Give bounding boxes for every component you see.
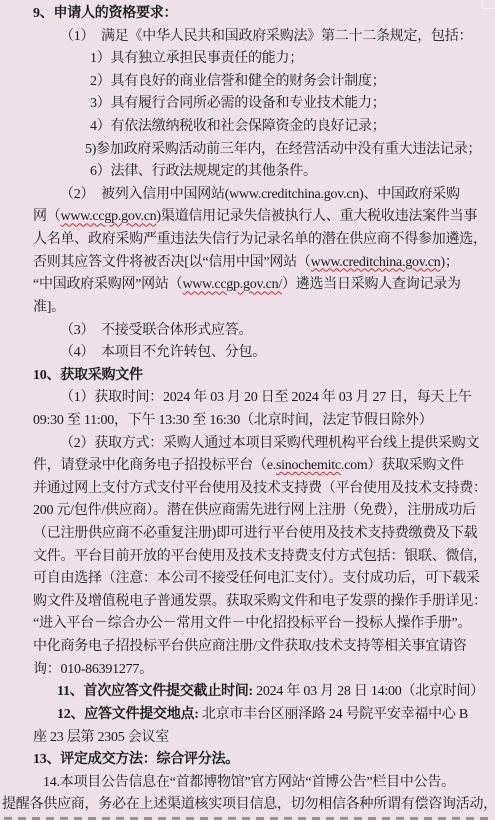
- text-segment: 09:30 至 11:00，下午 13:30 至 16:30（北京时间，法定节假…: [33, 413, 433, 428]
- text-segment: 13、评定成交方法：综合评分法。: [33, 752, 239, 767]
- text-segment: 10、获取采购文件: [33, 368, 143, 383]
- text-line: 3）具有履行合同所必需的设备和专业技术能力；: [0, 93, 495, 116]
- text-segment: 5)参加政府采购活动前三年内，在经营活动中没有重大违法记录；: [85, 142, 481, 157]
- text-segment: （2）获取方式：采购人通过本项目采购代理机构平台线上提供采购文: [60, 436, 479, 451]
- text-line: 人名单、政府采购严重违法失信行为记录名单的潜在供应商不得参加遴选，: [0, 229, 495, 252]
- text-line: 12、应答文件提交地点: 北京市丰台区丽泽路 24 号院平安幸福中心 B: [0, 704, 495, 727]
- text-line: 中化商务电子招投标平台供应商注册/文件获取/技术支持等相关事宜请咨: [0, 636, 495, 659]
- document-body: 9、申请人的资格要求：（1） 满足《中华人民共和国政府采购法》第二十二条规定，包…: [0, 3, 495, 817]
- text-line: “进入平台－综合办公－常用文件－中化招投标平台－投标人操作手册”。: [0, 613, 495, 636]
- text-segment: 200 元/包件/供应商）。潜在供应商需先进行网上注册（免费），注册成功后: [33, 503, 476, 518]
- text-line: 否则其应答文件将被否决[以“信用中国”网站（www.creditchina.go…: [0, 252, 495, 275]
- text-line: （2）获取方式：采购人通过本项目采购代理机构平台线上提供采购文: [0, 433, 495, 456]
- text-segment: “进入平台－综合办公－常用文件－中化招投标平台－投标人操作手册”。: [33, 616, 471, 631]
- text-line: 询：010-86391277。: [0, 659, 495, 682]
- text-segment: 14.本项目公告信息在“首都博物馆”官方网站“首博公告”栏目中公告。: [43, 775, 455, 790]
- text-segment: 准]。: [33, 300, 65, 315]
- text-line: 09:30 至 11:00，下午 13:30 至 16:30（北京时间，法定节假…: [0, 410, 495, 433]
- text-segment: 11、首次应答文件提交截止时间:: [57, 684, 256, 699]
- text-segment: 12、应答文件提交地点:: [57, 707, 202, 722]
- text-line: 件，请登录中化商务电子招投标平台（e.sinochemitc.com）获取采购文…: [0, 455, 495, 478]
- text-line: （3） 不接受联合体形式应答。: [0, 320, 495, 343]
- text-segment: 人名单、政府采购严重违法失信行为记录名单的潜在供应商不得参加遴选，: [33, 232, 487, 247]
- text-segment: 北京市丰台区丽泽路 24 号院平安幸福中心 B: [202, 707, 468, 722]
- text-line: （2） 被列入信用中国网站(www.creditchina.gov.cn)、中国…: [0, 184, 495, 207]
- text-line: （1）获取时间：2024 年 03 月 20 日至 2024 年 03 月 27…: [0, 387, 495, 410]
- text-line: 提醒各供应商，务必在上述渠道核实项目信息，切勿相信各种所谓有偿咨询活动，: [0, 794, 495, 817]
- text-line: 座 23 层第 2305 会议室: [0, 727, 495, 750]
- text-line: 购文件及增值税电子普通发票。获取采购文件和电子发票的操作手册详见：: [0, 591, 495, 614]
- text-line: 11、首次应答文件提交截止时间: 2024 年 03 月 28 日 14:00（…: [0, 681, 495, 704]
- text-line: （4） 本项目不允许转包、分包。: [0, 342, 495, 365]
- text-segment: )；: [441, 255, 459, 270]
- text-segment: 座 23 层第 2305 会议室: [33, 730, 169, 745]
- text-segment: 中化商务电子招投标平台供应商注册/文件获取/技术支持等相关事宜请咨: [33, 639, 467, 654]
- text-segment: （4） 本项目不允许转包、分包。: [60, 345, 266, 360]
- text-line: 13、评定成交方法：综合评分法。: [0, 749, 495, 772]
- url-text: www.ccgp.gov.cn/: [182, 277, 282, 292]
- document-page: 9、申请人的资格要求：（1） 满足《中华人民共和国政府采购法》第二十二条规定，包…: [0, 0, 495, 820]
- text-line: 5)参加政府采购活动前三年内，在经营活动中没有重大违法记录；: [0, 139, 495, 162]
- text-line: 6）法律、行政法规规定的其他条件。: [0, 161, 495, 184]
- text-line: 4）有依法缴纳税收和社会保障资金的良好记录；: [0, 116, 495, 139]
- text-segment: 9、申请人的资格要求：: [33, 6, 177, 21]
- text-segment: 可自由选择（注意：本公司不接受任何电汇支付）。支付成功后，可下载采: [33, 571, 480, 586]
- text-line: 准]。: [0, 297, 495, 320]
- text-segment: )渠道信用记录失信被执行人、重大税收违法案件当事: [156, 209, 477, 224]
- text-segment: （1）获取时间：2024 年 03 月 20 日至 2024 年 03 月 27…: [60, 390, 472, 405]
- text-segment: 购文件及增值税电子普通发票。获取采购文件和电子发票的操作手册详见：: [33, 594, 487, 609]
- text-line: 文件。平台目前开放的平台使用及技术支持费支付方式包括：银联、微信，: [0, 546, 495, 569]
- text-segment: 6）法律、行政法规规定的其他条件。: [90, 164, 317, 179]
- text-segment: 文件。平台目前开放的平台使用及技术支持费支付方式包括：银联、微信，: [33, 549, 487, 564]
- text-line: 并通过网上支付方式支付平台使用及技术支持费（平台使用及技术支持费：: [0, 478, 495, 501]
- text-line: 9、申请人的资格要求：: [0, 3, 495, 26]
- text-segment: 2024 年 03 月 28 日 14:00（北京时间）: [256, 684, 484, 699]
- text-segment: .com）获取采购文件: [341, 458, 464, 473]
- text-segment: （1） 满足《中华人民共和国政府采购法》第二十二条规定，包括：: [60, 29, 472, 44]
- url-text: sinochemitc: [276, 458, 341, 473]
- text-segment: 提醒各供应商，务必在上述渠道核实项目信息，切勿相信各种所谓有偿咨询活动，: [2, 797, 495, 812]
- text-line: 14.本项目公告信息在“首都博物馆”官方网站“首博公告”栏目中公告。: [0, 772, 495, 795]
- text-line: 2）具有良好的商业信誉和健全的财务会计制度；: [0, 71, 495, 94]
- text-segment: 1）具有独立承担民事责任的能力；: [90, 51, 303, 66]
- text-line: （1） 满足《中华人民共和国政府采购法》第二十二条规定，包括：: [0, 26, 495, 49]
- text-segment: 4）有依法缴纳税收和社会保障资金的良好记录；: [90, 119, 386, 134]
- text-segment: 并通过网上支付方式支付平台使用及技术支持费（平台使用及技术支持费：: [33, 481, 487, 496]
- text-segment: （3） 不接受联合体形式应答。: [60, 323, 252, 338]
- text-segment: 询：010-86391277。: [33, 662, 153, 677]
- text-segment: 件，请登录中化商务电子招投标平台（e.: [33, 458, 276, 473]
- text-segment: 3）具有履行合同所必需的设备和专业技术能力；: [90, 96, 386, 111]
- text-segment: （2） 被列入信用中国网站(www.creditchina.gov.cn)、中国…: [60, 187, 460, 202]
- text-segment: （已注册供应商不必重复注册)即可进行平台使用及技术支持费缴费及下载: [33, 526, 477, 541]
- text-line: 10、获取采购文件: [0, 365, 495, 388]
- text-line: 网（www.ccgp.gov.cn)渠道信用记录失信被执行人、重大税收违法案件当…: [0, 206, 495, 229]
- text-segment: 网（: [33, 209, 61, 224]
- text-line: 可自由选择（注意：本公司不接受任何电汇支付）。支付成功后，可下载采: [0, 568, 495, 591]
- text-segment: 否则其应答文件将被否决[以“信用中国”网站（: [33, 255, 311, 270]
- text-segment: 2）具有良好的商业信誉和健全的财务会计制度；: [90, 74, 386, 89]
- text-segment: ）遴选当日采购人查询记录为: [282, 277, 461, 292]
- url-text: www.creditchina.gov.cn: [311, 255, 441, 270]
- url-text: www.ccgp.gov.cn: [61, 209, 157, 224]
- text-line: 200 元/包件/供应商）。潜在供应商需先进行网上注册（免费），注册成功后: [0, 500, 495, 523]
- text-line: （已注册供应商不必重复注册)即可进行平台使用及技术支持费缴费及下载: [0, 523, 495, 546]
- text-line: 1）具有独立承担民事责任的能力；: [0, 48, 495, 71]
- text-line: “中国政府采购网”网站（www.ccgp.gov.cn/）遴选当日采购人查询记录…: [0, 274, 495, 297]
- text-segment: “中国政府采购网”网站（: [33, 277, 182, 292]
